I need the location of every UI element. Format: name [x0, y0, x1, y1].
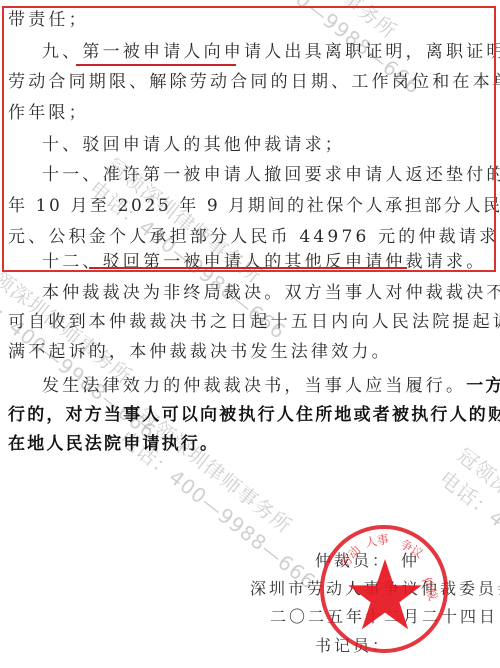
seal-star-icon — [345, 555, 425, 635]
item-10: 十、驳回申请人的其他仲裁请求； — [42, 135, 500, 155]
text-line: 本仲裁裁决为非终局裁决。双方当事人对仲裁裁决不服的， — [42, 283, 500, 303]
bold-text-line: 行的，对方当事人可以向被执行人住所地或者被执行人的财产所 — [8, 405, 500, 425]
text-line: 元、公积金个人承担部分人民币 44976 元的仲裁请求； — [8, 227, 500, 247]
text-line: 满不起诉的，本仲裁裁决书发生法律效力。 — [8, 342, 500, 362]
text-line: 劳动合同期限、解除劳动合同的日期、工作岗位和在本单位的工 — [8, 72, 500, 92]
text-line: 发生法律效力的仲裁裁决书，当事人应当履行。一方拒绝履 — [42, 376, 500, 396]
text-line: 带责任； — [8, 10, 500, 30]
item-9: 九、第一被申请人向申请人出具离职证明，离职证明应写明 — [42, 42, 500, 62]
item-11: 十一、准许第一被申请人撤回要求申请人返还垫付的 2023 — [42, 165, 500, 185]
item-12: 十二、驳回第一被申请人的其他反申请仲裁请求。 — [42, 252, 500, 272]
text-line: 可自收到本仲裁裁决书之日起十五日内向人民法院提起诉讼；期 — [8, 312, 500, 332]
bold-text-line: 在地人民法院申请执行。 — [8, 434, 500, 454]
underline-item-9 — [76, 64, 236, 66]
text-line: 年 10 月至 2025 年 9 月期间的社保个人承担部分人民币 58996.3… — [8, 196, 500, 216]
underline-item-12 — [89, 267, 407, 269]
text-line: 作年限； — [8, 103, 500, 123]
